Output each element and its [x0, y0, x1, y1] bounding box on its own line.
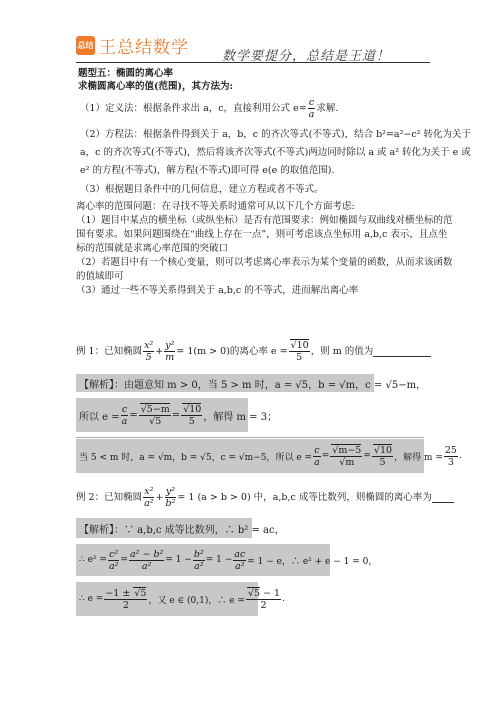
example-1-solution-line-2: 所以 e = ca= 5−m5= 105 ，解得 m = 3； [76, 398, 248, 432]
header-divider [76, 62, 430, 63]
formula-e-c-over-a: c a [308, 97, 316, 120]
range-point-1b: 围有要求。如果问题围绕在“曲线上存在一点”，则可考虑该点坐标用 a,b,c 表示… [76, 228, 447, 241]
range-point-1a: （1）题目中某点的横坐标（或纵坐标）是否有范围要求：例如椭圆与双曲线对横坐标的范 [76, 214, 453, 227]
example-1-solution-line-3: 当 5 < m 时，a = √m，b = √5，c = √m−5，所以 e = … [76, 439, 424, 473]
logo-name: 王总结数学 [99, 33, 189, 58]
answer-blank [373, 346, 431, 357]
example-1-solution-line-1: 【解析】：由题意知 m > 0，当 5 > m 时，a = √5，b = √m，… [76, 374, 374, 392]
section-title: 题型五：椭圆的离心率 [78, 67, 173, 80]
range-title: 离心率的范围问题：在寻找不等关系时通常可从以下几个方面考虑: [76, 200, 355, 213]
method-2-line-2: a，c 的齐次等式(不等式)，然后将该齐次等式(不等式)两边同时除以 a 或 a… [80, 146, 471, 159]
example-2-solution-line-1: 【解析】：∵ a,b,c 成等比数列，∴ b² = ac， [76, 518, 252, 538]
method-2-line-1: （2）方程法：根据条件得到关于 a，b，c 的齐次等式(不等式)，结合 b²=a… [80, 128, 471, 141]
example-2-solution-line-2: ∴ e² = c²a²= a² − b²a² = 1 − b²a² = 1 − … [76, 544, 330, 576]
method-1-text: （1）定义法：根据条件求出 a，c，直接利用公式 e= [80, 102, 307, 115]
method-1: （1）定义法：根据条件求出 a，c，直接利用公式 e= c a 求解. [80, 97, 338, 120]
range-point-1c: 标的范围就是求离心率范围的突破口 [76, 242, 228, 255]
example-2-question: 例 2：已知椭圆 x²a² + y²b² = 1 (a > b > 0) 中， … [76, 486, 454, 509]
solution-divider [76, 437, 424, 438]
logo-badge: 总结 [76, 36, 95, 55]
range-point-2b: 的值域即可 [76, 270, 124, 283]
range-point-3: （3）通过一些不等关系得到关于 a,b,c 的不等式，进而解出离心率 [76, 284, 358, 297]
method-2-line-3: e² 的方程(不等式)，解方程(不等式)即可得 e(e 的取值范围). [80, 164, 335, 177]
range-point-2a: （2）若题目中有一个核心变量，则可以考虑离心率表示为某个变量的函数，从而求该函数 [76, 256, 453, 269]
example-2-solution-line-3: ∴ e = −1 ± 52 ，又 e ∈ (0,1)，∴ e = 5 − 12 … [76, 582, 258, 616]
section-subtitle: 求椭圆离心率的值(范围)，其方法为: [78, 80, 233, 93]
example-1-question: 例 1：已知椭圆 x²5 + y²m = 1(m > 0) 的离心率 e = 1… [76, 340, 431, 363]
answer-blank [432, 492, 454, 503]
method-3: （3）根据题目条件中的几何信息，建立方程或者不等式。 [80, 183, 324, 196]
